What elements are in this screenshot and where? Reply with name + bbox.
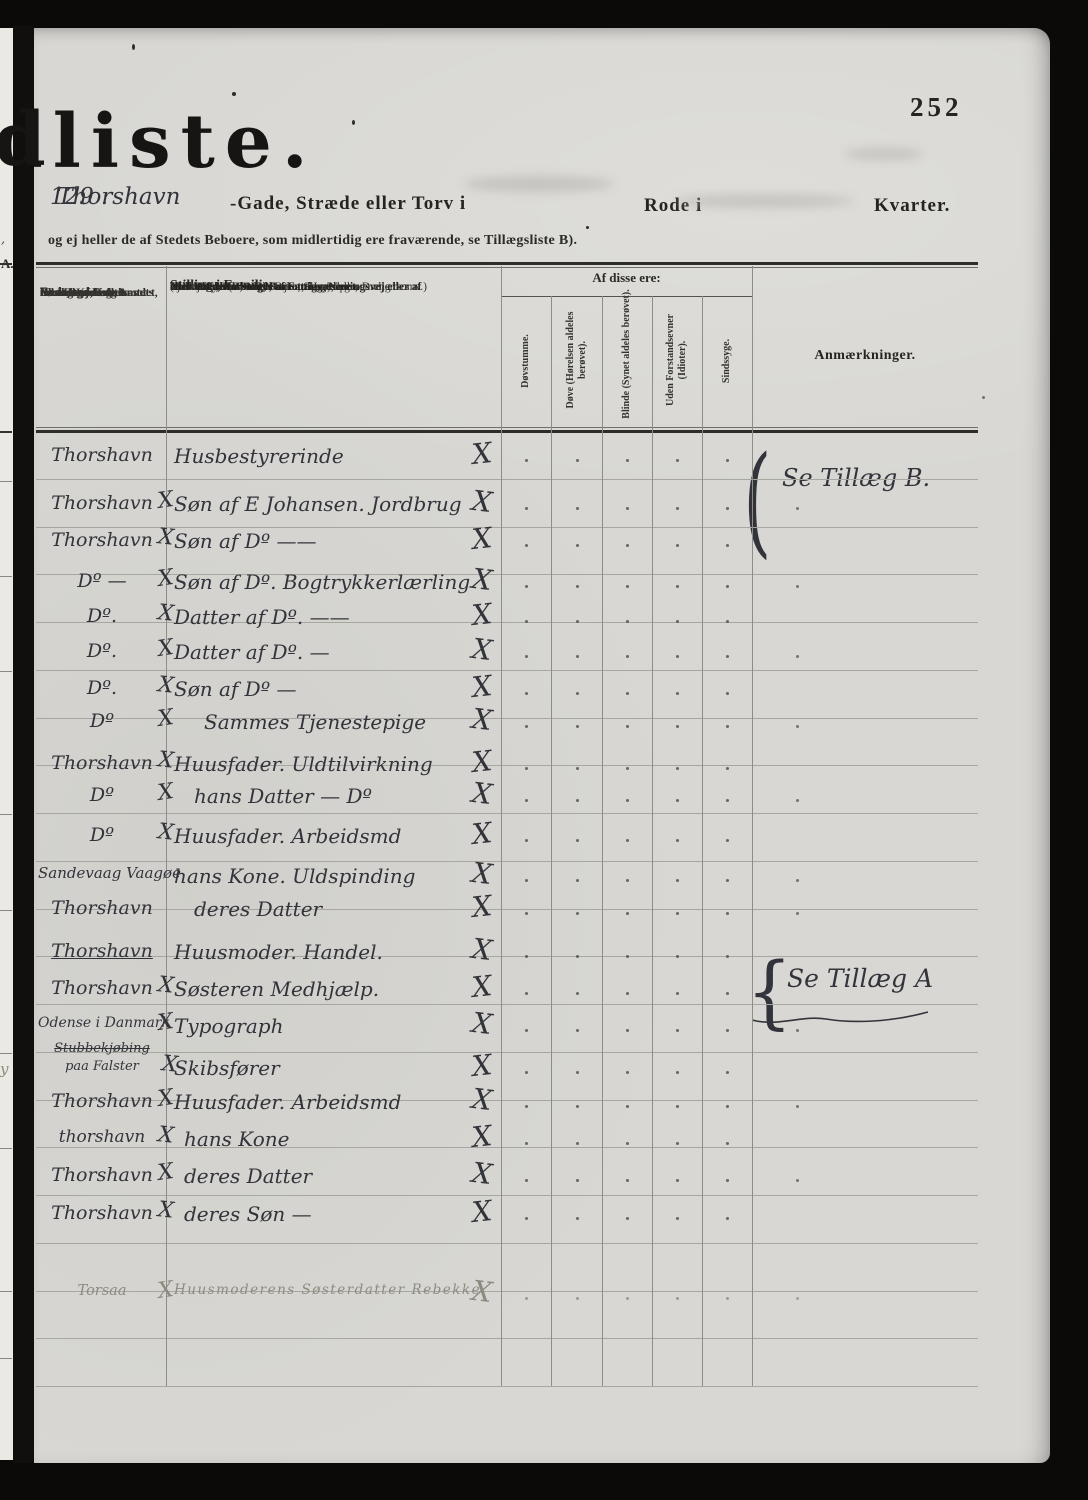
ditto-dot bbox=[626, 839, 629, 842]
ditto-dot bbox=[525, 1179, 528, 1182]
page-number: 252 bbox=[910, 92, 963, 123]
tally-x-mark: X bbox=[157, 489, 176, 513]
handwritten-brace: ( bbox=[743, 440, 771, 560]
ditto-dot bbox=[576, 655, 579, 658]
ditto-dot bbox=[525, 912, 528, 915]
adjacent-page-rule bbox=[0, 1053, 12, 1054]
table-column-divider bbox=[602, 296, 603, 1386]
adjacent-page-edge: , A. y bbox=[0, 28, 14, 1460]
tally-x-mark: X bbox=[471, 672, 494, 702]
entry-birthplace: Dº. bbox=[38, 607, 166, 626]
table-rule bbox=[36, 861, 978, 862]
ditto-dot bbox=[726, 912, 729, 915]
ditto-dot bbox=[576, 1297, 579, 1300]
handwritten-address: 129 : Thorshavn bbox=[50, 186, 57, 209]
ditto-dot bbox=[525, 459, 528, 462]
ditto-dot bbox=[796, 1105, 799, 1108]
tally-x-mark: X bbox=[471, 1197, 494, 1227]
entry-birthplace: Thorshavn bbox=[38, 942, 166, 961]
table-rule bbox=[36, 1004, 978, 1005]
tally-x-mark: X bbox=[157, 1124, 175, 1148]
tally-x-mark: X bbox=[157, 974, 175, 998]
ditto-dot bbox=[576, 1105, 579, 1108]
ditto-dot bbox=[576, 879, 579, 882]
entry-birthplace: Dº bbox=[38, 712, 166, 731]
margin-pencil-mark: y bbox=[0, 1060, 8, 1078]
ditto-dot bbox=[626, 879, 629, 882]
table-column-divider bbox=[702, 296, 703, 1386]
ditto-dot bbox=[525, 507, 528, 510]
handwritten-street-name: Thorshavn bbox=[57, 186, 180, 209]
tally-x-mark: X bbox=[471, 972, 494, 1002]
ditto-dot bbox=[626, 507, 629, 510]
entry-position: deres Søn — bbox=[184, 1204, 312, 1224]
dust-speck bbox=[232, 92, 236, 96]
dust-speck bbox=[132, 44, 135, 50]
ditto-dot bbox=[525, 655, 528, 658]
ditto-dot bbox=[676, 1142, 679, 1145]
entry-birthplace: Thorshavn bbox=[38, 1204, 166, 1223]
ditto-dot bbox=[576, 1071, 579, 1074]
entry-birthplace: Dº. bbox=[38, 679, 166, 698]
entry-birthplace: Thorshavn bbox=[38, 494, 166, 513]
ditto-dot bbox=[626, 912, 629, 915]
ditto-dot bbox=[626, 1179, 629, 1182]
entry-position: Søn af Dº — bbox=[174, 679, 296, 699]
ditto-dot bbox=[626, 1071, 629, 1074]
table-column-divider bbox=[551, 296, 552, 1386]
tally-x-mark: X bbox=[471, 600, 494, 630]
entry-birthplace: Odense i Danmark bbox=[38, 1016, 166, 1030]
ditto-dot bbox=[525, 1297, 528, 1300]
ditto-dot bbox=[726, 955, 729, 958]
ditto-dot bbox=[676, 1179, 679, 1182]
binding-black-bar bbox=[13, 26, 34, 1463]
tally-x-mark: X bbox=[471, 1122, 494, 1152]
tally-x-mark: X bbox=[471, 819, 494, 849]
entry-position: Søn af Dº. Bogtrykkerlærling bbox=[174, 572, 470, 592]
table-rule bbox=[36, 527, 978, 528]
ditto-dot bbox=[726, 585, 729, 588]
ditto-dot bbox=[626, 1029, 629, 1032]
ditto-dot bbox=[796, 799, 799, 802]
ditto-dot bbox=[576, 912, 579, 915]
ditto-dot bbox=[676, 544, 679, 547]
ditto-dot bbox=[676, 839, 679, 842]
tally-x-mark: X bbox=[470, 779, 493, 809]
ditto-dot bbox=[676, 767, 679, 770]
entry-birthplace: Stubbekjøbing bbox=[38, 1042, 166, 1055]
ditto-dot bbox=[676, 692, 679, 695]
ditto-dot bbox=[626, 992, 629, 995]
entry-birthplace: Sandevaag Vaagøe bbox=[38, 866, 166, 881]
ditto-dot bbox=[726, 879, 729, 882]
ditto-dot bbox=[626, 1142, 629, 1145]
entry-position: Sammes Tjenestepige bbox=[204, 712, 426, 732]
column-header-without-reason: Uden Forstandsevner (Idioter). bbox=[665, 295, 689, 425]
ditto-dot bbox=[796, 1297, 799, 1300]
ditto-dot bbox=[525, 544, 528, 547]
entry-position: Søn af E Johansen. Jordbrug bbox=[174, 494, 462, 514]
ditto-dot bbox=[525, 1142, 528, 1145]
table-rule bbox=[36, 1386, 978, 1387]
table-rule bbox=[36, 430, 978, 433]
tally-x-mark: X bbox=[157, 821, 175, 845]
ditto-dot bbox=[576, 839, 579, 842]
column-header-insane: Sindssyge. bbox=[721, 296, 733, 426]
entry-birthplace: Thorshavn bbox=[38, 979, 166, 998]
ditto-dot bbox=[576, 955, 579, 958]
ditto-dot bbox=[676, 955, 679, 958]
birthplace-header-line: hvor de ere fødte. bbox=[40, 284, 126, 303]
margin-handwriting-fragment: , bbox=[1, 232, 11, 246]
ditto-dot bbox=[576, 725, 579, 728]
tally-x-mark: X bbox=[470, 1277, 493, 1307]
ditto-dot bbox=[525, 839, 528, 842]
ditto-dot bbox=[726, 1142, 729, 1145]
ditto-dot bbox=[726, 1179, 729, 1182]
remark-se-tillaeg-a: Se Tillæg A bbox=[787, 966, 933, 991]
ditto-dot bbox=[626, 725, 629, 728]
ditto-dot bbox=[525, 1217, 528, 1220]
gade-label: -Gade, Stræde eller Torv i bbox=[230, 193, 466, 215]
tally-x-mark: X bbox=[157, 707, 176, 731]
entry-birthplace: Thorshavn bbox=[38, 531, 166, 550]
table-rule bbox=[36, 718, 978, 719]
table-rule bbox=[36, 479, 978, 480]
tally-x-mark: X bbox=[470, 859, 493, 889]
entry-position: Søn af Dº —— bbox=[174, 531, 316, 551]
entry-position: Huusfader. Arbeidsmd bbox=[174, 1092, 401, 1112]
entry-position: Huusfader. Arbeidsmd bbox=[174, 826, 401, 846]
ditto-dot bbox=[525, 767, 528, 770]
ditto-dot bbox=[796, 725, 799, 728]
ditto-dot bbox=[726, 1217, 729, 1220]
ditto-dot bbox=[796, 1179, 799, 1182]
entry-position: Skibsfører bbox=[174, 1058, 280, 1078]
ditto-dot bbox=[796, 585, 799, 588]
entry-position: deres Datter bbox=[184, 1166, 312, 1186]
ditto-dot bbox=[726, 799, 729, 802]
ditto-dot bbox=[676, 1217, 679, 1220]
adjacent-page-rule bbox=[0, 481, 12, 482]
column-header-remarks: Anmærkninger. bbox=[752, 348, 978, 364]
table-rule bbox=[36, 262, 978, 265]
ditto-dot bbox=[626, 459, 629, 462]
ditto-dot bbox=[626, 544, 629, 547]
tally-x-mark: X bbox=[157, 526, 175, 550]
page-title: dliste. bbox=[34, 105, 318, 179]
ditto-dot bbox=[676, 655, 679, 658]
ditto-dot bbox=[525, 955, 528, 958]
table-column-divider bbox=[501, 266, 502, 1386]
table-rule bbox=[36, 670, 978, 671]
ditto-dot bbox=[626, 799, 629, 802]
table-column-divider bbox=[652, 296, 653, 1386]
ditto-dot bbox=[726, 839, 729, 842]
ditto-dot bbox=[676, 1029, 679, 1032]
ditto-dot bbox=[525, 879, 528, 882]
dust-speck bbox=[352, 120, 355, 125]
ditto-dot bbox=[676, 459, 679, 462]
ditto-dot bbox=[525, 992, 528, 995]
ditto-dot bbox=[626, 692, 629, 695]
ditto-dot bbox=[676, 507, 679, 510]
ditto-dot bbox=[626, 1105, 629, 1108]
entry-position: Datter af Dº. —— bbox=[174, 607, 350, 627]
scanned-census-sheet: , A. y d 252 dliste. 129 : Thorshavn -Ga… bbox=[0, 0, 1088, 1500]
column-header-deaf-mute: Døvstumme. bbox=[520, 296, 532, 426]
tally-x-mark: X bbox=[157, 1199, 175, 1223]
ditto-dot bbox=[626, 1297, 629, 1300]
ditto-dot bbox=[626, 1217, 629, 1220]
ditto-dot bbox=[676, 1105, 679, 1108]
tally-x-mark: X bbox=[157, 781, 176, 805]
tally-x-mark: X bbox=[470, 705, 493, 735]
entry-position: hans Datter — Dº bbox=[194, 786, 372, 806]
table-column-divider bbox=[752, 266, 753, 1386]
ditto-dot bbox=[525, 1071, 528, 1074]
table-rule bbox=[36, 813, 978, 814]
tally-x-mark: X bbox=[157, 674, 175, 698]
ditto-dot bbox=[576, 459, 579, 462]
ditto-dot bbox=[726, 725, 729, 728]
ink-bleedthrough bbox=[464, 176, 614, 192]
entry-position: Huusfader. Uldtilvirkning bbox=[174, 754, 433, 774]
ditto-dot bbox=[726, 1297, 729, 1300]
note-line: og ej heller de af Stedets Beboere, som … bbox=[48, 233, 577, 249]
entry-birthplace: Dº bbox=[38, 826, 166, 845]
entry-birthplace: Dº — bbox=[38, 572, 166, 591]
ditto-dot bbox=[676, 725, 679, 728]
entry-birthplace: Thorshavn bbox=[38, 754, 166, 773]
ditto-dot bbox=[726, 620, 729, 623]
tally-x-mark: X bbox=[470, 1159, 493, 1189]
tally-x-mark: X bbox=[471, 747, 494, 777]
entry-birthplace: Thorshavn bbox=[38, 446, 166, 465]
ditto-dot bbox=[676, 912, 679, 915]
ditto-dot bbox=[525, 692, 528, 695]
ditto-dot bbox=[576, 1142, 579, 1145]
tally-x-mark: X bbox=[470, 565, 493, 595]
entry-birthplace: Thorshavn bbox=[38, 1092, 166, 1111]
ditto-dot bbox=[796, 912, 799, 915]
ditto-dot bbox=[796, 655, 799, 658]
ditto-dot bbox=[576, 692, 579, 695]
ditto-dot bbox=[525, 799, 528, 802]
adjacent-page-rule bbox=[0, 263, 12, 265]
ditto-dot bbox=[676, 620, 679, 623]
ditto-dot bbox=[525, 725, 528, 728]
table-rule bbox=[36, 1195, 978, 1196]
ditto-dot bbox=[726, 692, 729, 695]
entry-position: deres Datter bbox=[194, 899, 322, 919]
ditto-dot bbox=[726, 544, 729, 547]
tally-x-mark: X bbox=[157, 567, 176, 591]
entry-position: Søsteren Medhjælp. bbox=[174, 979, 379, 999]
table-rule bbox=[36, 1147, 978, 1148]
ditto-dot bbox=[676, 799, 679, 802]
page-title-clipped-letter: d bbox=[0, 103, 56, 177]
position-header-line: eller om de forsørges af Fattigvæsenet. bbox=[170, 278, 359, 297]
tally-x-mark: X bbox=[471, 892, 494, 922]
adjacent-page-rule bbox=[0, 1358, 12, 1359]
entry-position: Huusmoder. Handel. bbox=[174, 942, 383, 962]
ditto-dot bbox=[525, 585, 528, 588]
tally-x-mark: X bbox=[157, 1161, 176, 1185]
entry-position: Typograph bbox=[174, 1016, 283, 1036]
entry-position: hans Kone. Uldspinding bbox=[174, 866, 415, 886]
ditto-dot bbox=[726, 1071, 729, 1074]
ditto-dot bbox=[676, 879, 679, 882]
dust-speck bbox=[586, 226, 589, 229]
adjacent-page-rule bbox=[0, 1291, 12, 1292]
ink-bleedthrough bbox=[674, 194, 854, 208]
adjacent-page-rule bbox=[0, 814, 12, 815]
ditto-dot bbox=[576, 544, 579, 547]
tally-x-mark: X bbox=[470, 487, 493, 517]
tally-x-mark: X bbox=[157, 637, 176, 661]
ditto-dot bbox=[576, 992, 579, 995]
ditto-dot bbox=[576, 1029, 579, 1032]
ink-bleedthrough bbox=[844, 148, 924, 160]
ditto-dot bbox=[576, 799, 579, 802]
entry-birthplace: Torsaa bbox=[38, 1284, 166, 1299]
adjacent-page-rule bbox=[0, 1148, 12, 1149]
entry-position: hans Kone bbox=[184, 1129, 289, 1149]
ditto-dot bbox=[626, 585, 629, 588]
column-header-blind: Blinde (Synet aldeles berøvet). bbox=[621, 289, 633, 419]
dust-speck bbox=[982, 396, 985, 399]
tally-x-mark: X bbox=[471, 439, 494, 469]
column-group-header: Af disse ere: bbox=[501, 270, 752, 286]
ditto-dot bbox=[576, 507, 579, 510]
ditto-dot bbox=[525, 1029, 528, 1032]
ditto-dot bbox=[796, 507, 799, 510]
table-rule bbox=[36, 1243, 978, 1244]
census-sheet: 252 dliste. 129 : Thorshavn -Gade, Stræd… bbox=[34, 28, 1050, 1463]
tally-x-mark: X bbox=[470, 1009, 493, 1039]
ditto-dot bbox=[576, 767, 579, 770]
entry-birthplace: Dº bbox=[38, 786, 166, 805]
tally-x-mark: X bbox=[471, 1051, 494, 1081]
entry-birthplace: Thorshavn bbox=[38, 1166, 166, 1185]
tally-x-mark: X bbox=[157, 1087, 176, 1111]
adjacent-page-rule bbox=[0, 431, 12, 433]
ditto-dot bbox=[626, 620, 629, 623]
ditto-dot bbox=[726, 992, 729, 995]
ditto-dot bbox=[576, 585, 579, 588]
table-rule bbox=[36, 909, 978, 910]
tally-x-mark: X bbox=[470, 635, 493, 665]
handwriting-flourish bbox=[750, 1006, 932, 1028]
ditto-dot bbox=[626, 655, 629, 658]
ditto-dot bbox=[726, 507, 729, 510]
tally-x-mark: X bbox=[470, 935, 493, 965]
ditto-dot bbox=[525, 1105, 528, 1108]
entry-birthplace: thorshavn bbox=[38, 1129, 166, 1146]
ditto-dot bbox=[676, 1071, 679, 1074]
adjacent-page-rule bbox=[0, 910, 12, 911]
entry-position: Huusmoderens Søsterdatter Rebekke bbox=[174, 1284, 481, 1298]
ditto-dot bbox=[576, 1217, 579, 1220]
ditto-dot bbox=[726, 767, 729, 770]
ditto-dot bbox=[726, 655, 729, 658]
entry-position: Husbestyrerinde bbox=[174, 446, 344, 466]
ditto-dot bbox=[576, 1179, 579, 1182]
ditto-dot bbox=[726, 1105, 729, 1108]
table-rule bbox=[36, 427, 978, 428]
entry-birthplace-line2: paa Falster bbox=[38, 1060, 166, 1073]
ditto-dot bbox=[726, 1029, 729, 1032]
adjacent-page-rule bbox=[0, 671, 12, 672]
table-rule bbox=[36, 1338, 978, 1339]
kvarter-label: Kvarter. bbox=[874, 195, 950, 217]
entry-position: Datter af Dº. — bbox=[174, 642, 330, 662]
table-rule bbox=[36, 267, 978, 268]
entry-birthplace: Dº. bbox=[38, 642, 166, 661]
ditto-dot bbox=[626, 955, 629, 958]
tally-x-mark: X bbox=[470, 1085, 493, 1115]
column-header-deaf: Døve (Hørelsen aldeles berøvet). bbox=[565, 295, 589, 425]
tally-x-mark: X bbox=[157, 602, 175, 626]
ditto-dot bbox=[676, 992, 679, 995]
tally-x-mark: X bbox=[471, 524, 494, 554]
ditto-dot bbox=[676, 1297, 679, 1300]
tally-x-mark: X bbox=[157, 749, 175, 773]
adjacent-page-rule bbox=[0, 576, 12, 577]
ditto-dot bbox=[576, 620, 579, 623]
ditto-dot bbox=[796, 1029, 799, 1032]
ditto-dot bbox=[796, 879, 799, 882]
ditto-dot bbox=[525, 620, 528, 623]
ditto-dot bbox=[676, 585, 679, 588]
ditto-dot bbox=[726, 459, 729, 462]
position-header-segment: eller om de forsørges af Fattigvæsenet. bbox=[170, 281, 359, 293]
tally-x-mark: X bbox=[157, 1011, 176, 1035]
entry-birthplace: Thorshavn bbox=[38, 899, 166, 918]
ditto-dot bbox=[626, 767, 629, 770]
tally-x-mark: X bbox=[157, 1279, 176, 1303]
